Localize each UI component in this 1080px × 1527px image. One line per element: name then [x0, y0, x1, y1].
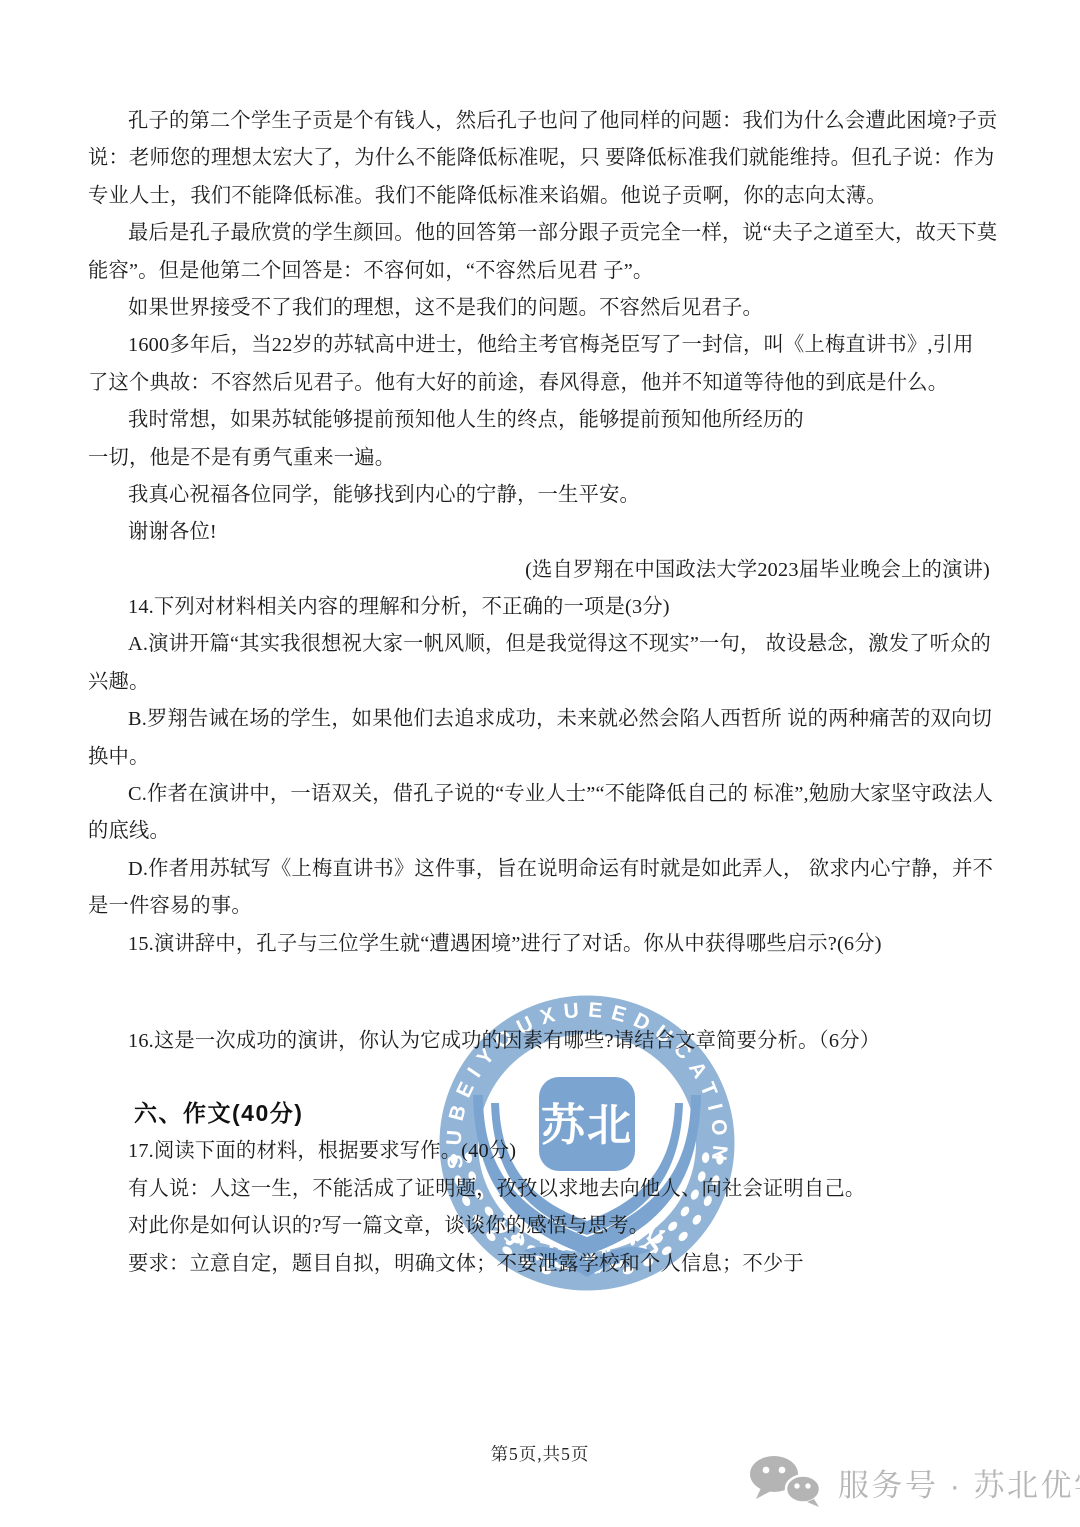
spacer [88, 1060, 998, 1093]
speech-line: 最后是孔子最欣赏的学生颜回。他的回答第一部分跟子贡完全一样，说“夫子之道至大，故… [88, 215, 998, 252]
speech-line: 专业人士，我们不能降低标准。我们不能降低标准来谄媚。他说子贡啊，你的志向太薄。 [88, 178, 998, 215]
option-line: 的底线。 [88, 813, 998, 850]
option-line: A.演讲开篇“其实我很想祝大家一帆风顺，但是我觉得这不现实”一句， 故设悬念，激… [88, 626, 998, 663]
wechat-icon [748, 1455, 826, 1509]
question-line: 16.这是一次成功的演讲，你认为它成功的因素有哪些?请结合文章简要分析。（6分） [88, 1023, 998, 1060]
speech-line: 如果世界接受不了我们的理想，这不是我们的问题。不容然后见君子。 [88, 290, 998, 327]
option-line: C.作者在演讲中，一语双关，借孔子说的“专业人士”“不能降低自己的 标准”,勉励… [88, 776, 998, 813]
spacer [88, 963, 998, 1023]
exam-page: SUBEIYOUXUEEDUCATION 苏北优学 苏北 孔子的第二个学生子贡是… [0, 0, 1080, 1527]
material-line: 对此你是如何认识的?写一篇文章，谈谈你的感悟与思考。 [88, 1208, 998, 1245]
question-line: 17.阅读下面的材料，根据要求写作。(40分) [88, 1133, 998, 1170]
speech-line: 说：老师您的理想太宏大了，为什么不能降低标准呢，只 要降低标准我们就能维持。但孔… [88, 140, 998, 177]
option-line: D.作者用苏轼写《上梅直讲书》这件事，旨在说明命运有时就是如此弄人， 欲求内心宁… [88, 851, 998, 888]
speech-line: 一切，他是不是有勇气重来一遍。 [88, 440, 998, 477]
speech-line: 谢谢各位! [88, 514, 998, 551]
speech-line: 了这个典故：不容然后见君子。他有大好的前途，春风得意，他并不知道等待他的到底是什… [88, 365, 998, 402]
wechat-service-label: 服务号 · 苏北优学 [838, 1460, 1080, 1505]
speech-line: 我真心祝福各位同学，能够找到内心的宁静，一生平安。 [88, 477, 998, 514]
text-block: 孔子的第二个学生子贡是个有钱人，然后孔子也问了他同样的问题：我们为什么会遭此困境… [0, 103, 1080, 1283]
option-line: 换中。 [88, 739, 998, 776]
option-line: 是一件容易的事。 [88, 888, 998, 925]
material-line: 要求：立意自定，题目自拟，明确文体；不要泄露学校和个人信息；不少于 [88, 1246, 998, 1283]
speech-line: 1600多年后，当22岁的苏轼高中进士，他给主考官梅尧臣写了一封信，叫《上梅直讲… [88, 327, 998, 364]
question-line: 14.下列对材料相关内容的理解和分析，不正确的一项是(3分) [88, 589, 998, 626]
source-attribution: (选自罗翔在中国政法大学2023届毕业晚会上的演讲) [88, 552, 998, 589]
option-line: 兴趣。 [88, 664, 998, 701]
material-line: 有人说：人这一生，不能活成了证明题，孜孜以求地去向他人、向社会证明自己。 [88, 1171, 998, 1208]
section-heading: 六、作文(40分) [88, 1093, 998, 1133]
speech-line: 能容”。但是他第二个回答是：不容何如，“不容然后见君 子”。 [88, 253, 998, 290]
speech-line: 我时常想，如果苏轼能够提前预知他人生的终点，能够提前预知他所经历的 [88, 402, 998, 439]
speech-line: 孔子的第二个学生子贡是个有钱人，然后孔子也问了他同样的问题：我们为什么会遭此困境… [88, 103, 998, 140]
wechat-service-banner: 服务号 · 苏北优学 [748, 1455, 1080, 1509]
question-line: 15.演讲辞中，孔子与三位学生就“遭遇困境”进行了对话。你从中获得哪些启示?(6… [88, 926, 998, 963]
option-line: B.罗翔告诫在场的学生，如果他们去追求成功，未来就必然会陷人西哲所 说的两种痛苦… [88, 701, 998, 738]
